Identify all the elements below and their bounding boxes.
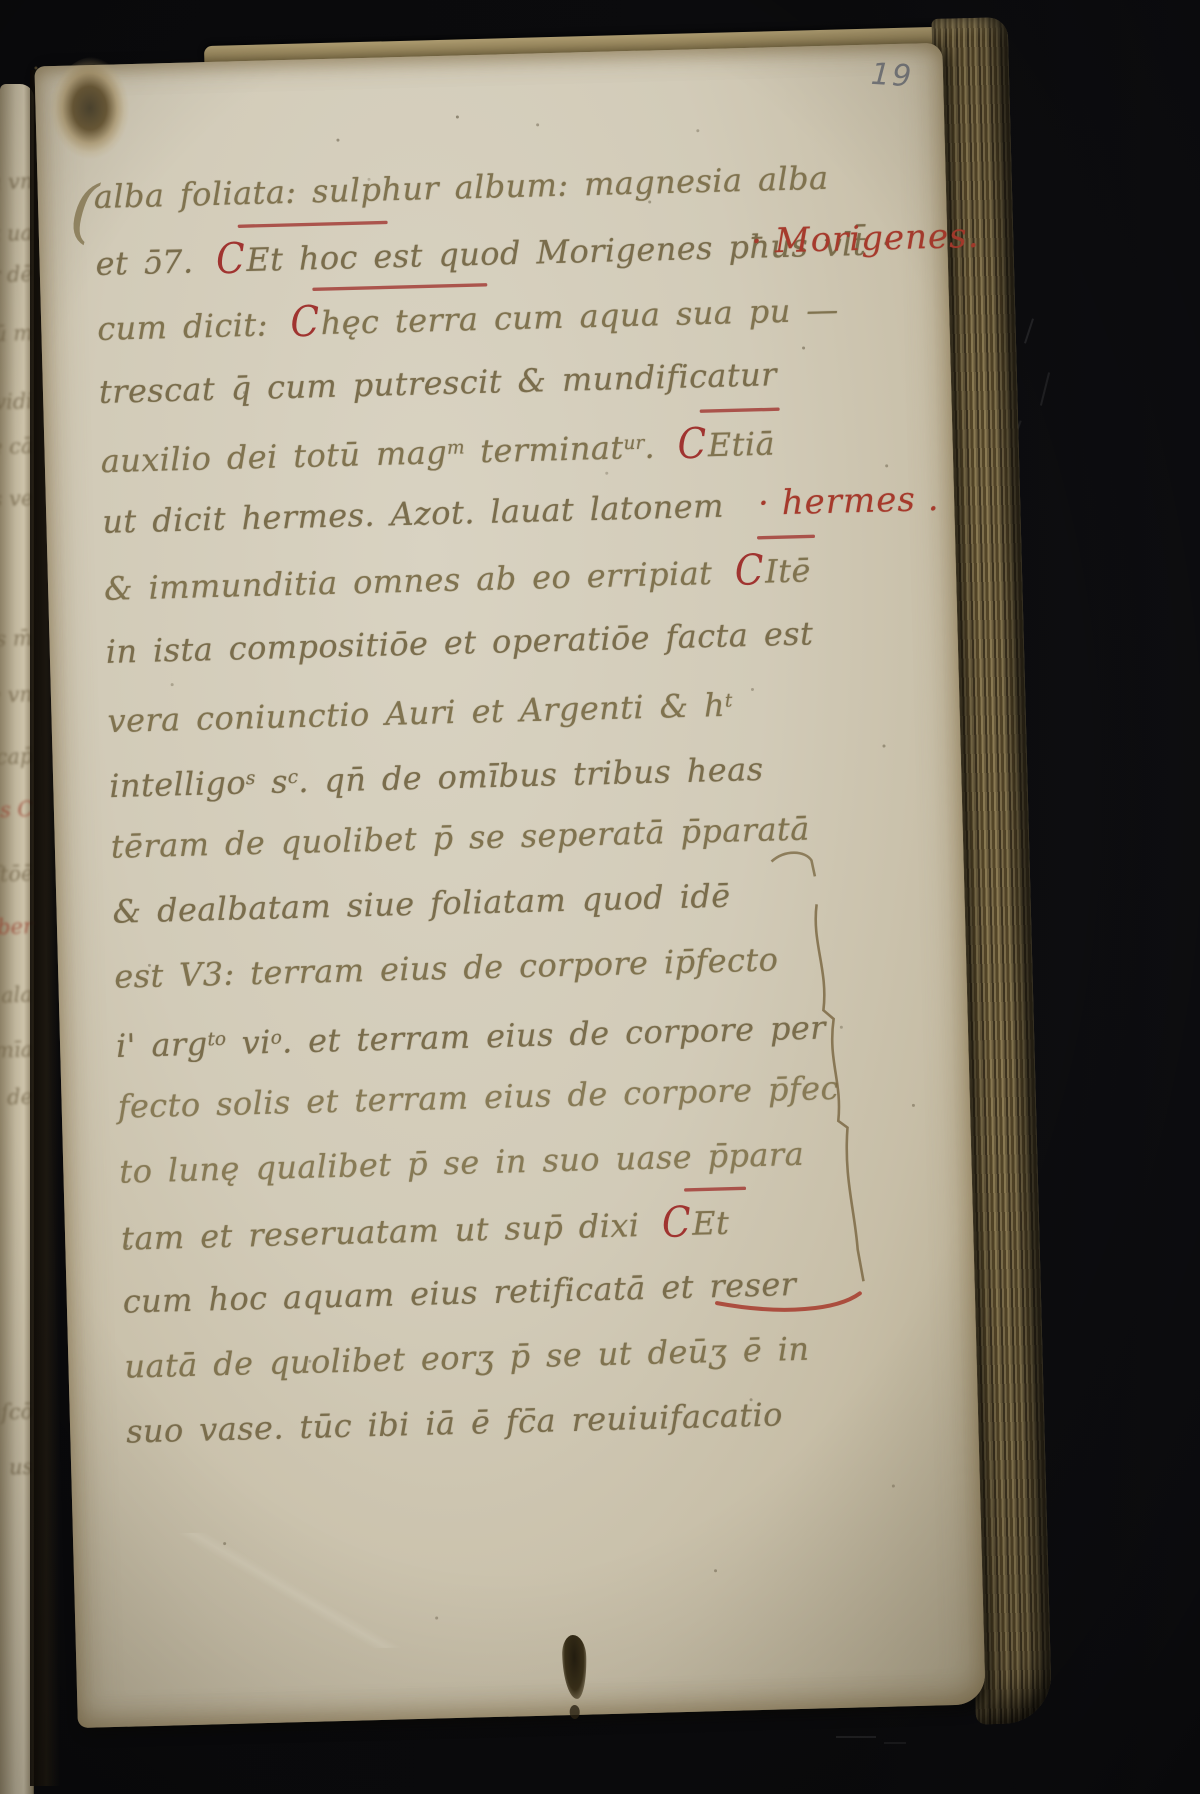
text-segment: t [725, 690, 733, 711]
facing-page-text-fragment: poſt ua [0, 221, 33, 248]
text-segment: & dealbatam siue foliatam quod idē [112, 877, 731, 931]
margin-note-morigenes: · Morigenes. [751, 216, 980, 262]
text-segment: c [288, 767, 299, 788]
ink-blot-dot [570, 1705, 580, 1719]
text-segment: alba foliata: sulphur album: magnesia al… [93, 159, 829, 216]
text-segment: tēram de quolibet p̄ se seperatā p̄parat… [110, 810, 810, 866]
text-segment: Et [692, 1204, 730, 1243]
text-segment: . [644, 427, 671, 466]
text-segment: trescat q̄ cum putrescit & mundificatur [98, 355, 777, 411]
text-segment: & immunditia omnes ab eo erripiat [104, 554, 729, 608]
text-segment: ur [623, 433, 644, 455]
parchment-crease [133, 1526, 456, 1654]
facing-page-text-fragment: odū m [0, 321, 33, 347]
pilcrow-mark: C [734, 534, 765, 608]
text-segment: fecto solis et terram eius de corpore p̄… [117, 1069, 839, 1126]
text-segment: et ɔ̄7. [95, 242, 209, 283]
text-segment: to lunę qualibet p̄ se in suo uase p̄par… [119, 1135, 805, 1191]
text-segment: uatā de quolibet eorʒ p̄ se ut deūʒ ē in [124, 1330, 810, 1386]
pilcrow-mark: C [215, 222, 246, 296]
text-segment: in ista compositiōe et operatiōe facta e… [105, 614, 813, 671]
pilcrow-mark: C [289, 285, 320, 359]
manuscript-page: 19 ( alba foliata: sulphur album: magnes… [34, 43, 985, 1728]
photo-scratch [1040, 372, 1050, 405]
text-segment: auxilio dei totū mag [100, 433, 447, 480]
text-segment: cum dicit: [97, 305, 284, 348]
text-segment: Itē [765, 551, 812, 590]
text-segment: m [447, 437, 465, 458]
text-segment: s [255, 762, 288, 801]
text-block: alba foliata: sulphur album: magnesia al… [93, 148, 767, 1464]
facing-page-text-fragment: mīa [0, 1037, 33, 1062]
margin-note-hermes: · hermes . [758, 479, 940, 524]
text-segment: suo vase. tūc ibi iā ē fc̄a reuiuifacati… [126, 1395, 784, 1450]
photo-scratch [836, 1736, 876, 1738]
facing-page-text-fragment: ſu vn [0, 169, 33, 195]
text-segment: Etiā [707, 425, 775, 465]
facing-page-edge: ſu vnpoſt uaſer dēodū mt vidiate cāus ve… [0, 84, 34, 1794]
facing-page-text-fragment: s cap̄ [0, 744, 33, 770]
facing-page-text-fragment: ſtōē [0, 861, 33, 886]
text-segment: hęc terra cum aqua sua pu — [320, 291, 839, 343]
facing-page-text-fragment: dus C [0, 797, 33, 823]
photo-scratch [884, 1742, 906, 1744]
text-segment: est V3: terram eius de corpore ip̄fecto [114, 940, 779, 995]
facing-page-text-fragment: te vn [0, 682, 33, 708]
text-segment: terminat [464, 429, 624, 471]
photo-scratch [1024, 318, 1034, 343]
facing-page-text-fragment: us ve [0, 486, 33, 512]
text-segment: i' arg [116, 1025, 208, 1065]
facing-page-text-fragment: t vidi [0, 389, 33, 415]
facing-page-text-fragment: t ber [0, 914, 33, 940]
text-segment: . qn̄ de omībus tribus heas [298, 750, 764, 800]
text-segment: to [207, 1029, 226, 1050]
text-segment: ut dicit hermes. Azot. lauat latonem [102, 487, 724, 541]
facing-page-text-fragment: ala [1, 982, 34, 1007]
text-segment: . et terram eius de corpore per [282, 1008, 827, 1060]
facing-page-text-fragment: ate cā [0, 434, 33, 460]
text-segment: o [270, 1027, 282, 1048]
facing-page-text-fragment: ōis m̄ [0, 626, 33, 652]
ink-blot [562, 1635, 588, 1700]
text-segment: cum hoc aquam eius retificatā et reser [122, 1265, 796, 1321]
parchment-speckles [34, 66, 37, 69]
folio-number: 19 [870, 57, 914, 95]
pilcrow-mark: C [677, 407, 708, 481]
text-segment: vera coniunctio Auri et Argenti & h [107, 686, 725, 740]
text-segment: vi [226, 1023, 272, 1062]
facing-page-text-fragment: ſcō [0, 1399, 33, 1424]
facing-page-text-fragment: ſer dē [0, 262, 33, 288]
open-book: 19 ( alba foliata: sulphur album: magnes… [34, 41, 1052, 1746]
text-segment: intelligo [109, 764, 247, 806]
photograph-of-manuscript: ſu vnpoſt uaſer dēodū mt vidiate cāus ve… [0, 0, 1200, 1794]
text-segment: tam et reseruatam ut sup̄ dixi [121, 1206, 656, 1258]
pilcrow-mark: C [661, 1186, 692, 1260]
